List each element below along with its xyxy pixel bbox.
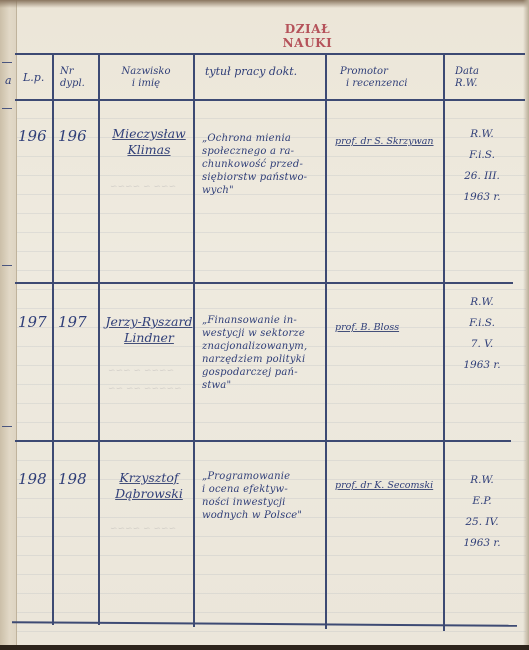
margin-tick [2, 62, 12, 63]
date-line: 26. III. [452, 166, 512, 187]
date-line: 1963 r. [452, 533, 512, 554]
title-line: wodnych w Polsce" [202, 509, 302, 522]
bleed-through-mark: ~~~ ~ ~~~~ [110, 524, 176, 534]
row-divider [15, 440, 511, 442]
row-thesis-title: „Ochrona mienia społecznego a ra- chunko… [202, 132, 307, 197]
header-nr-line2: dypl. [60, 78, 85, 90]
title-line: społecznego a ra- [202, 145, 307, 158]
row-first-name: Jerzy-Ryszard [104, 314, 194, 330]
bleed-through-mark: ~~~~~ ~~ ~~ [108, 384, 182, 394]
title-line: narzędziem polityki [202, 353, 307, 366]
row-thesis-title: „Programowanie i ocena efektyw- ności in… [202, 470, 302, 522]
bleed-through-mark: ~~~~ ~ ~~~ [108, 366, 174, 376]
bleed-through-mark: ~~~ ~ ~~~~ [110, 182, 176, 192]
row-lp: 197 [18, 313, 47, 331]
title-line: „Ochrona mienia [202, 132, 307, 145]
header-lp: L.p. [23, 72, 44, 84]
margin-mark: a [5, 75, 12, 87]
row-surname: Dąbrowski [104, 486, 194, 502]
row-lp: 196 [18, 127, 47, 145]
row-surname: Klimas [108, 142, 190, 158]
header-nr-line1: Nr [60, 66, 85, 78]
row-name: Krzysztof Dąbrowski [104, 470, 194, 502]
row-promotor: prof. dr K. Secomski [335, 480, 433, 491]
table-top-rule [15, 53, 525, 55]
date-line: 1963 r. [452, 187, 512, 208]
header-title: tytuł pracy dokt. [205, 66, 297, 78]
date-line: R.W. [452, 124, 512, 145]
title-line: gospodarczej pań- [202, 366, 307, 379]
title-line: ności inwestycji [202, 496, 302, 509]
title-line: „Finansowanie in- [202, 314, 307, 327]
row-date: R.W. E.P. 25. IV. 1963 r. [452, 470, 512, 554]
header-date-line2: R.W. [455, 78, 479, 90]
date-line: 7. V. [452, 334, 512, 355]
row-nr-dypl: 196 [58, 127, 87, 145]
row-thesis-title: „Finansowanie in- westycji w sektorze zn… [202, 314, 307, 392]
header-bottom-rule [15, 99, 525, 101]
date-line: 1963 r. [452, 355, 512, 376]
page-bottom-edge [0, 645, 529, 650]
column-rule [325, 53, 327, 629]
title-line: westycji w sektorze [202, 327, 307, 340]
row-name: Jerzy-Ryszard Lindner [104, 314, 194, 346]
header-promotor-line1: Promotor [340, 66, 407, 78]
column-rule [443, 53, 445, 631]
page-right-edge [523, 0, 529, 645]
page-binding [0, 0, 17, 645]
column-rule [52, 53, 54, 625]
margin-tick [2, 108, 12, 109]
row-divider [15, 282, 513, 284]
column-rule [98, 53, 100, 625]
row-promotor: prof. B. Bloss [335, 322, 399, 333]
header-name-line2: i imię [106, 78, 186, 90]
date-line: F.i.S. [452, 313, 512, 334]
title-line: „Programowanie [202, 470, 302, 483]
header-promotor-line2: i recenzenci [340, 78, 407, 90]
header-date-line1: Data [455, 66, 479, 78]
row-promotor: prof. dr S. Skrzywan [335, 136, 434, 147]
date-line: R.W. [452, 470, 512, 491]
margin-tick [2, 265, 12, 266]
margin-tick [2, 426, 12, 427]
date-line: 25. IV. [452, 512, 512, 533]
title-line: stwa" [202, 379, 307, 392]
row-name: Mieczysław Klimas [108, 126, 190, 158]
row-surname: Lindner [104, 330, 194, 346]
header-promotor: Promotor i recenzenci [340, 66, 407, 90]
row-nr-dypl: 197 [58, 313, 87, 331]
header-date: Data R.W. [455, 66, 479, 90]
header-name: Nazwisko i imię [106, 66, 186, 90]
title-line: i ocena efektyw- [202, 483, 302, 496]
title-line: siębiorstw państwo- [202, 171, 307, 184]
ledger-page: DZIAŁ NAUKI a L.p. Nr dypl. Nazwisko i i… [0, 0, 529, 645]
header-nr-dypl: Nr dypl. [60, 66, 85, 90]
title-line: wych" [202, 184, 307, 197]
row-first-name: Mieczysław [108, 126, 190, 142]
date-line: F.i.S. [452, 145, 512, 166]
title-line: znacjonalizowanym, [202, 340, 307, 353]
row-lp: 198 [18, 470, 47, 488]
row-date: R.W. F.i.S. 7. V. 1963 r. [452, 292, 512, 376]
row-first-name: Krzysztof [104, 470, 194, 486]
header-name-line1: Nazwisko [106, 66, 186, 78]
date-line: E.P. [452, 491, 512, 512]
department-stamp: DZIAŁ NAUKI [260, 22, 355, 50]
row-nr-dypl: 198 [58, 470, 87, 488]
row-date: R.W. F.i.S. 26. III. 1963 r. [452, 124, 512, 208]
title-line: chunkowość przed- [202, 158, 307, 171]
page-top-shadow [0, 0, 529, 8]
date-line: R.W. [452, 292, 512, 313]
